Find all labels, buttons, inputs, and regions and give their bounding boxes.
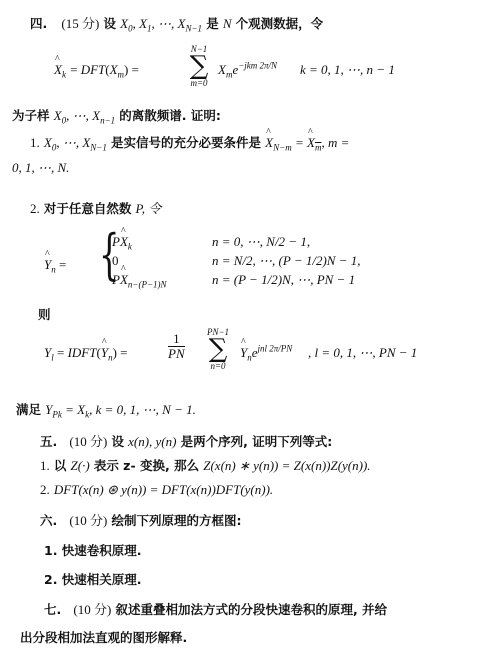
dft-equation: Xk = DFT(Xm) = <box>54 62 139 78</box>
q4-item1-cont: 0, 1, ⋯, N. <box>12 160 69 176</box>
case-1-expr: PXk <box>112 234 132 250</box>
q6-item1: 1. 快速卷积原理. <box>44 541 142 559</box>
q4-item1-cond: XN−m = Xm, m = <box>265 135 349 150</box>
q4-item2-num: 2. <box>30 201 40 216</box>
q5-heading: 五. <box>40 434 57 449</box>
spectrum-line: 为子样 X0, ⋯, Xn−1 的离散频谱. 证明: <box>12 106 221 124</box>
q5-vars: x(n), y(n) <box>128 434 176 449</box>
q4-vars: X0, X1, ⋯, XN−1 <box>120 16 202 31</box>
q4-N: N <box>223 16 232 31</box>
q4-intro-post: 个观测数据，令 <box>236 16 324 31</box>
q4-item2-P: P, 令 <box>136 201 162 216</box>
then-label: 则 <box>38 305 51 323</box>
idft-lhs: Yl = IDFT(Yn) = <box>44 345 127 361</box>
q4-intro-pre: 设 <box>103 16 116 31</box>
idft-range: , l = 0, 1, ⋯, PN − 1 <box>308 345 417 361</box>
q4-item1-text: 是实信号的充分必要条件是 <box>111 135 261 150</box>
q4-item1-num: 1. <box>30 135 40 150</box>
satisfy-pre: 满足 <box>16 402 41 417</box>
spectrum-pre: 为子样 <box>12 108 50 123</box>
dft-term: Xme−jkm 2π/N <box>218 62 277 78</box>
q5-item1-expr: Z(x(n) ∗ y(n)) = Z(x(n))Z(y(n)). <box>203 458 370 473</box>
idft-term: Ynejnl 2π/PN <box>240 345 292 361</box>
dft-sum-bottom: m=0 <box>184 78 214 88</box>
idft-sum: PN−1 ∑ n=0 <box>200 327 236 371</box>
q5-points: (10 分) <box>69 434 107 449</box>
q4-header: 四. (15 分) 设 X0, X1, ⋯, XN−1 是 N 个观测数据，令 <box>30 13 323 32</box>
idft-fraction: 1PN <box>168 332 185 361</box>
q5-item2-expr: DFT(x(n) ⊛ y(n)) = DFT(x(n))DFT(y(n)). <box>54 482 273 497</box>
q5-intro-post: 是两个序列, 证明下列等式: <box>181 434 333 449</box>
dft-sum: N−1 ∑ m=0 <box>184 44 214 88</box>
q7-header: 七. (10 分) 叙述重叠相加法方式的分段快速卷积的原理, 并给 <box>44 599 387 618</box>
case-1-cond: n = 0, ⋯, N/2 − 1, <box>212 234 310 250</box>
q6-item2: 2. 快速相关原理. <box>44 570 142 588</box>
spectrum-post: 的离散频谱. 证明: <box>119 108 221 123</box>
case-3-expr: PXn−(P−1)N <box>112 272 167 288</box>
q6-header: 六. (10 分) 绘制下列原理的方框图: <box>40 510 241 529</box>
satisfy-line: 满足 YPk = Xk, k = 0, 1, ⋯, N − 1. <box>16 400 196 418</box>
q4-item2-text: 对于任意自然数 <box>44 201 132 216</box>
spectrum-vars: X0, ⋯, Xn−1 <box>54 108 115 123</box>
case-2-expr: 0 <box>112 253 119 269</box>
q4-points: (15 分) <box>61 16 99 31</box>
q4-heading: 四. <box>30 16 47 31</box>
case-2-cond: n = N/2, ⋯, (P − 1/2)N − 1, <box>212 253 361 269</box>
q5-header: 五. (10 分) 设 x(n), y(n) 是两个序列, 证明下列等式: <box>40 431 332 450</box>
satisfy-expr: YPk = Xk, k = 0, 1, ⋯, N − 1. <box>45 402 196 417</box>
case-3-cond: n = (P − 1/2)N, ⋯, PN − 1 <box>212 272 355 288</box>
idft-sum-bottom: n=0 <box>200 361 236 371</box>
q4-intro-mid: 是 <box>206 16 219 31</box>
dft-range: k = 0, 1, ⋯, n − 1 <box>300 62 395 78</box>
q4-item2: 2. 对于任意自然数 P, 令 <box>30 198 161 217</box>
q5-item1: 1. 以 Z(·) 表示 z- 变换, 那么 Z(x(n) ∗ y(n)) = … <box>40 456 371 474</box>
q5-intro-pre: 设 <box>111 434 124 449</box>
q4-item1: 1. X0, ⋯, XN−1 是实信号的充分必要条件是 XN−m = Xm, m… <box>30 133 349 151</box>
yhat-lhs: Yn = <box>44 257 66 273</box>
q5-item2: 2. DFT(x(n) ⊛ y(n)) = DFT(x(n))DFT(y(n))… <box>40 482 273 498</box>
q7-text2: 出分段相加法直观的图形解释. <box>20 628 187 646</box>
